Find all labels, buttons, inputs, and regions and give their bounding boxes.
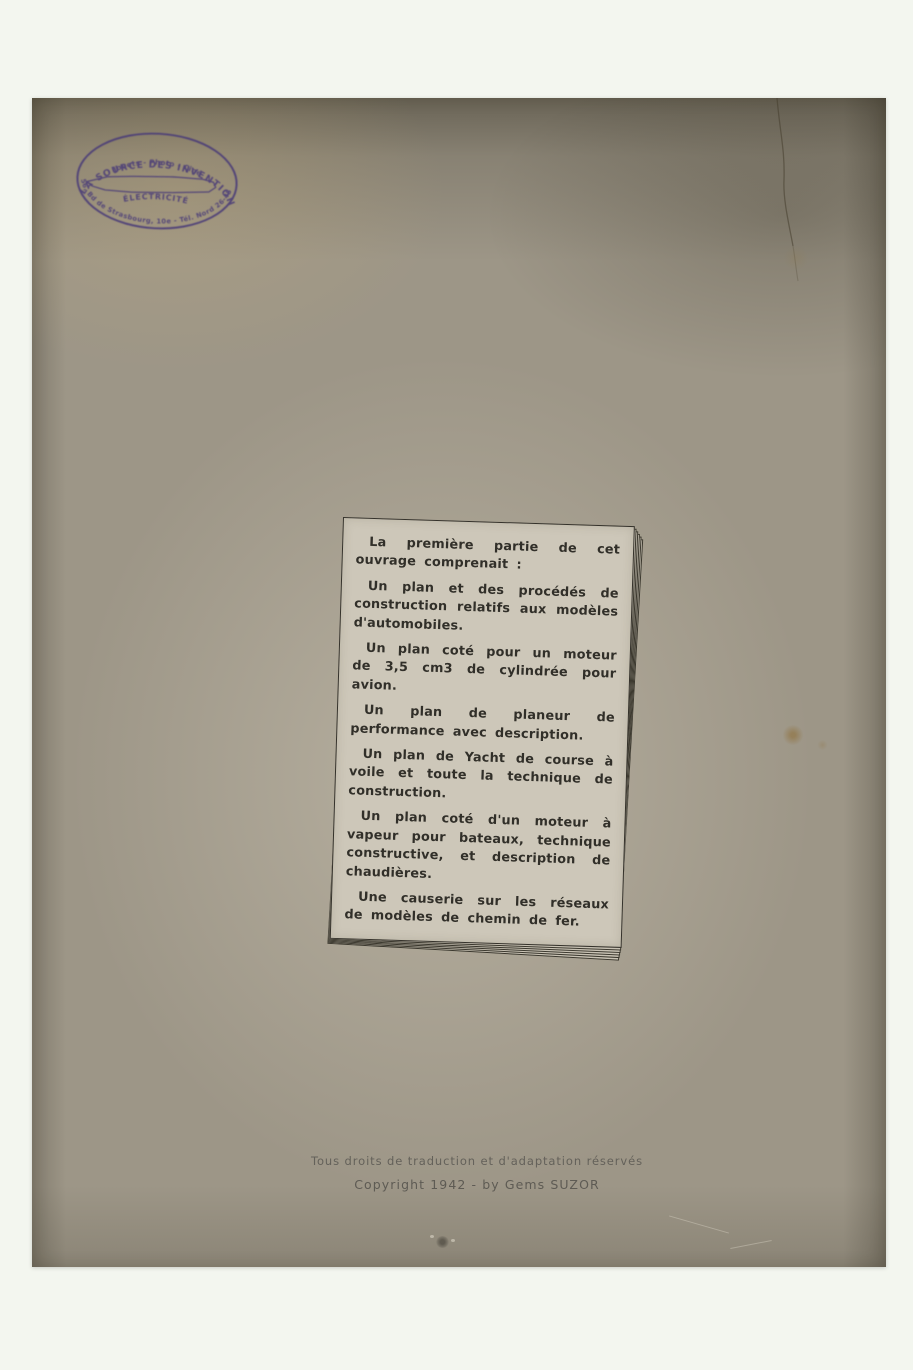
copyright-block: Tous droits de traduction et d'adaptatio… (50, 1154, 904, 1192)
notice-paragraph: Un plan de Yacht de course à voile et to… (348, 745, 614, 808)
scratch-mark (669, 1215, 729, 1233)
notice-paragraph: Un plan coté d'un moteur à vapeur pour b… (346, 808, 612, 890)
notice-paragraph: Un plan coté pour un moteur de 3,5 cm3 d… (351, 639, 617, 702)
stain-mark (782, 725, 804, 745)
stain-mark (817, 740, 828, 750)
speck-mark (430, 1235, 434, 1238)
notice-paragraph: Un plan et des procédés de construc­tion… (353, 577, 619, 640)
notice-paragraph: Une causerie sur les réseaux de mo­dèles… (344, 888, 609, 933)
rights-line: Tous droits de traduction et d'adaptatio… (50, 1154, 904, 1168)
scratch-mark (730, 1240, 771, 1249)
notice-paragraph: Un plan de planeur de performance avec d… (350, 702, 615, 747)
stain-mark (783, 246, 809, 270)
scanned-page: A LA SOURCE DES INVENTIONS Jouets - Phot… (32, 98, 886, 1267)
speck-mark (451, 1239, 455, 1242)
stain-mark (436, 1236, 449, 1248)
copyright-line: Copyright 1942 - by Gems SUZOR (50, 1177, 904, 1192)
notice-panel: La première partie de cet ouvrage compre… (330, 517, 635, 948)
notice-pad: La première partie de cet ouvrage compre… (330, 517, 635, 948)
scan-background: { "stamp": { "arc_top": "A LA SOURCE DES… (0, 0, 913, 1370)
store-stamp: A LA SOURCE DES INVENTIONS Jouets - Phot… (71, 126, 242, 237)
notice-paragraph: La première partie de cet ouvrage compre… (355, 533, 620, 578)
store-stamp-graphic: A LA SOURCE DES INVENTIONS Jouets - Phot… (71, 126, 242, 237)
